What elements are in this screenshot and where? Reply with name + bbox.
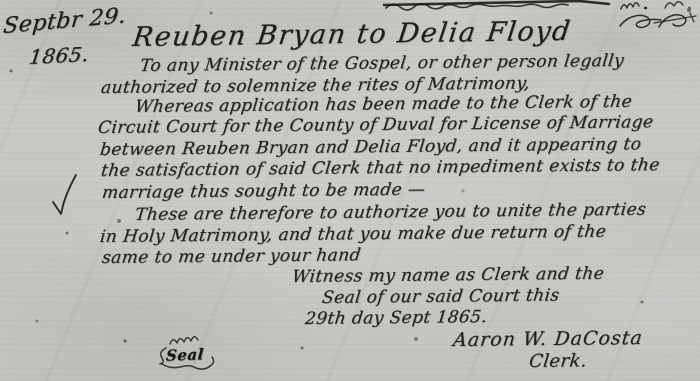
whereas-clause-line: marriage thus sought to be made — <box>101 182 426 202</box>
clerk-signature-title: Clerk. <box>528 352 588 371</box>
whereas-clause-line: Circuit Court for the County of Duval fo… <box>97 114 654 137</box>
check-mark-icon <box>48 172 80 220</box>
attestation-line: 29th day Sept 1865. <box>304 309 488 328</box>
clerk-initials-flourish-icon <box>616 10 700 34</box>
attestation-line: Witness my name as Clerk and the <box>291 266 605 286</box>
clerk-signature: Aaron W. DaCosta <box>452 329 644 350</box>
scanned-document-page: Septbr 29. 1865. Reuben Bryan to Delia F… <box>0 0 700 381</box>
salutation-line: To any Minister of the Gospel, or other … <box>139 53 625 75</box>
margin-date-month-day: Septbr 29. <box>2 5 127 38</box>
record-heading: Reuben Bryan to Delia Floyd <box>131 18 573 51</box>
authorization-clause-line: These are therefore to authorize you to … <box>134 202 647 224</box>
attestation-line: Seal of our said Court this <box>321 288 560 307</box>
whereas-clause-line: the satisfaction of said Clerk that no i… <box>100 157 661 180</box>
margin-date-year: 1865. <box>28 44 90 67</box>
seal-annotation: Seal <box>150 334 228 370</box>
authorization-clause-line: in Holy Matrimony, and that you make due… <box>99 224 607 246</box>
seal-annotation-label: Seal <box>165 345 204 364</box>
authorization-clause-line: same to me under your hand <box>101 247 362 267</box>
paper-speck-texture <box>0 0 2 2</box>
